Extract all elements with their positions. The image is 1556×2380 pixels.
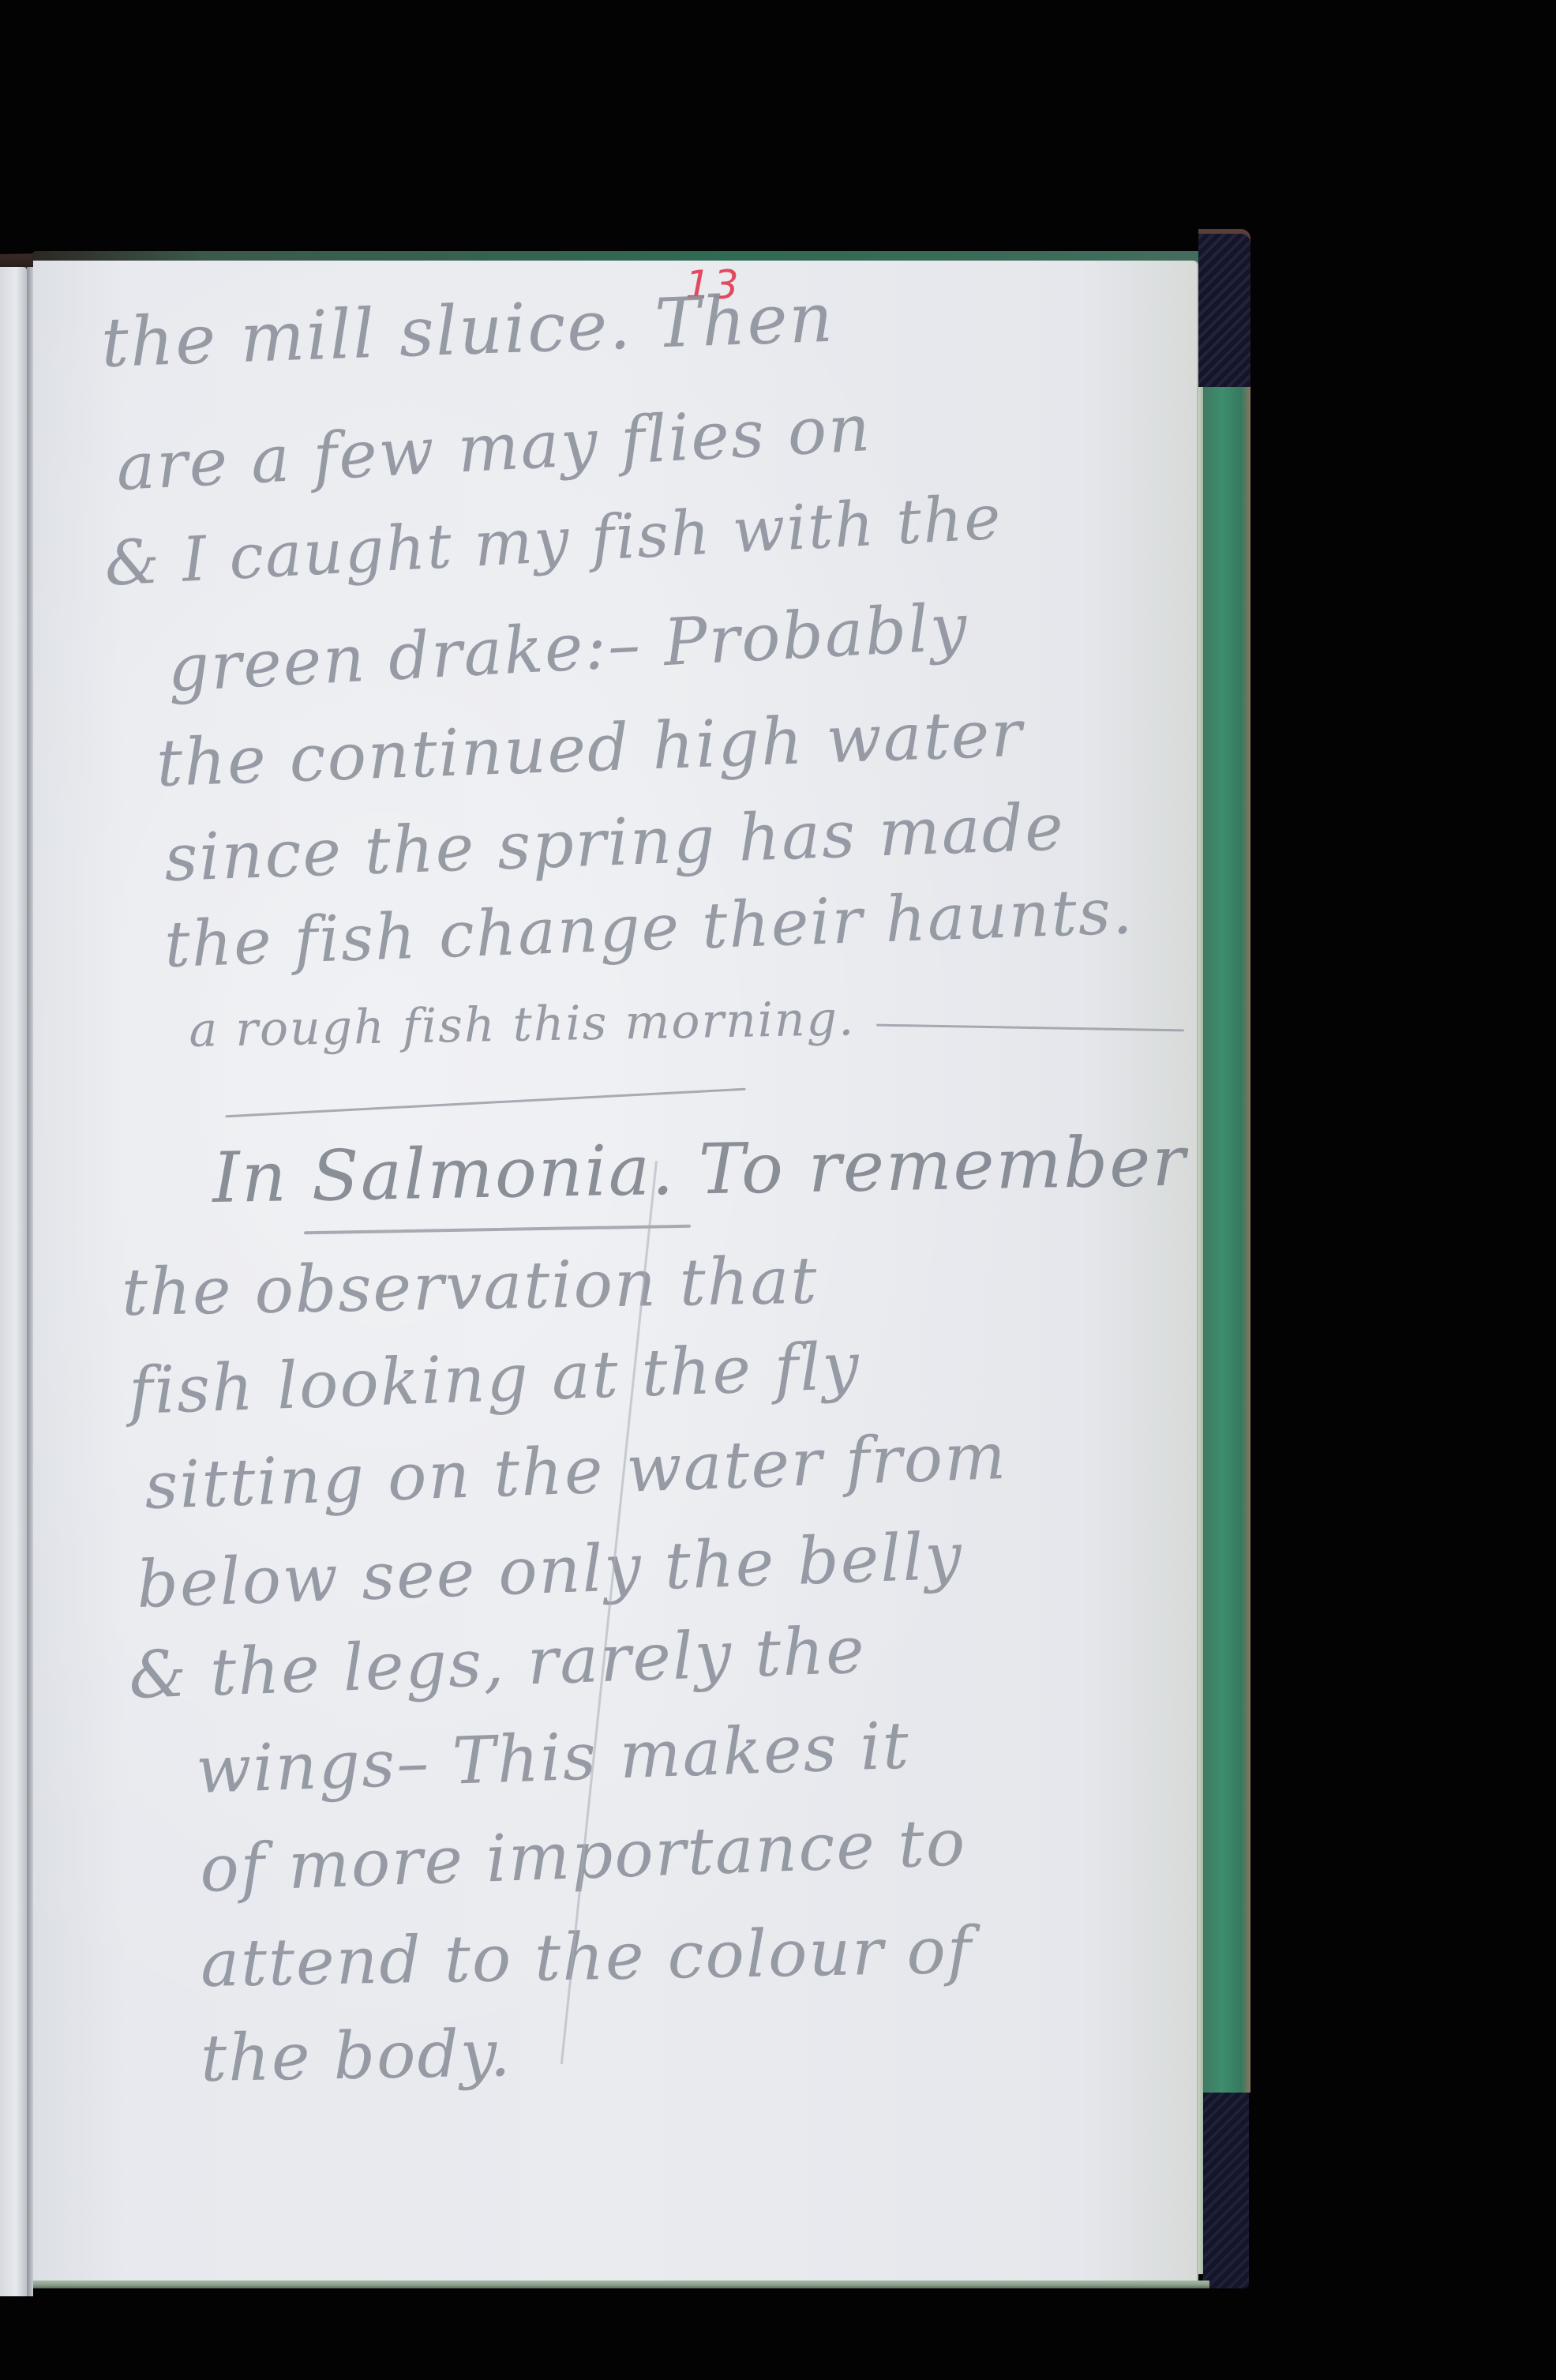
text-line-18: the body. <box>200 2016 512 2097</box>
text-line-8: a rough fish this morning. <box>189 991 856 1058</box>
book-gutter <box>27 267 33 2296</box>
spine-green-cloth <box>1203 387 1250 2093</box>
text-line-9: In Salmonia. To remember <box>212 1120 1187 1218</box>
spine-navy-bottom <box>1203 2093 1249 2288</box>
book-spine <box>1198 229 1250 2288</box>
text-line-17: attend to the colour of <box>200 1913 973 2002</box>
spine-navy-top <box>1198 229 1250 387</box>
text-line-10: the observation that <box>121 1244 819 1331</box>
page-bottom-edge <box>33 2281 1209 2288</box>
left-page-edge <box>0 267 27 2296</box>
